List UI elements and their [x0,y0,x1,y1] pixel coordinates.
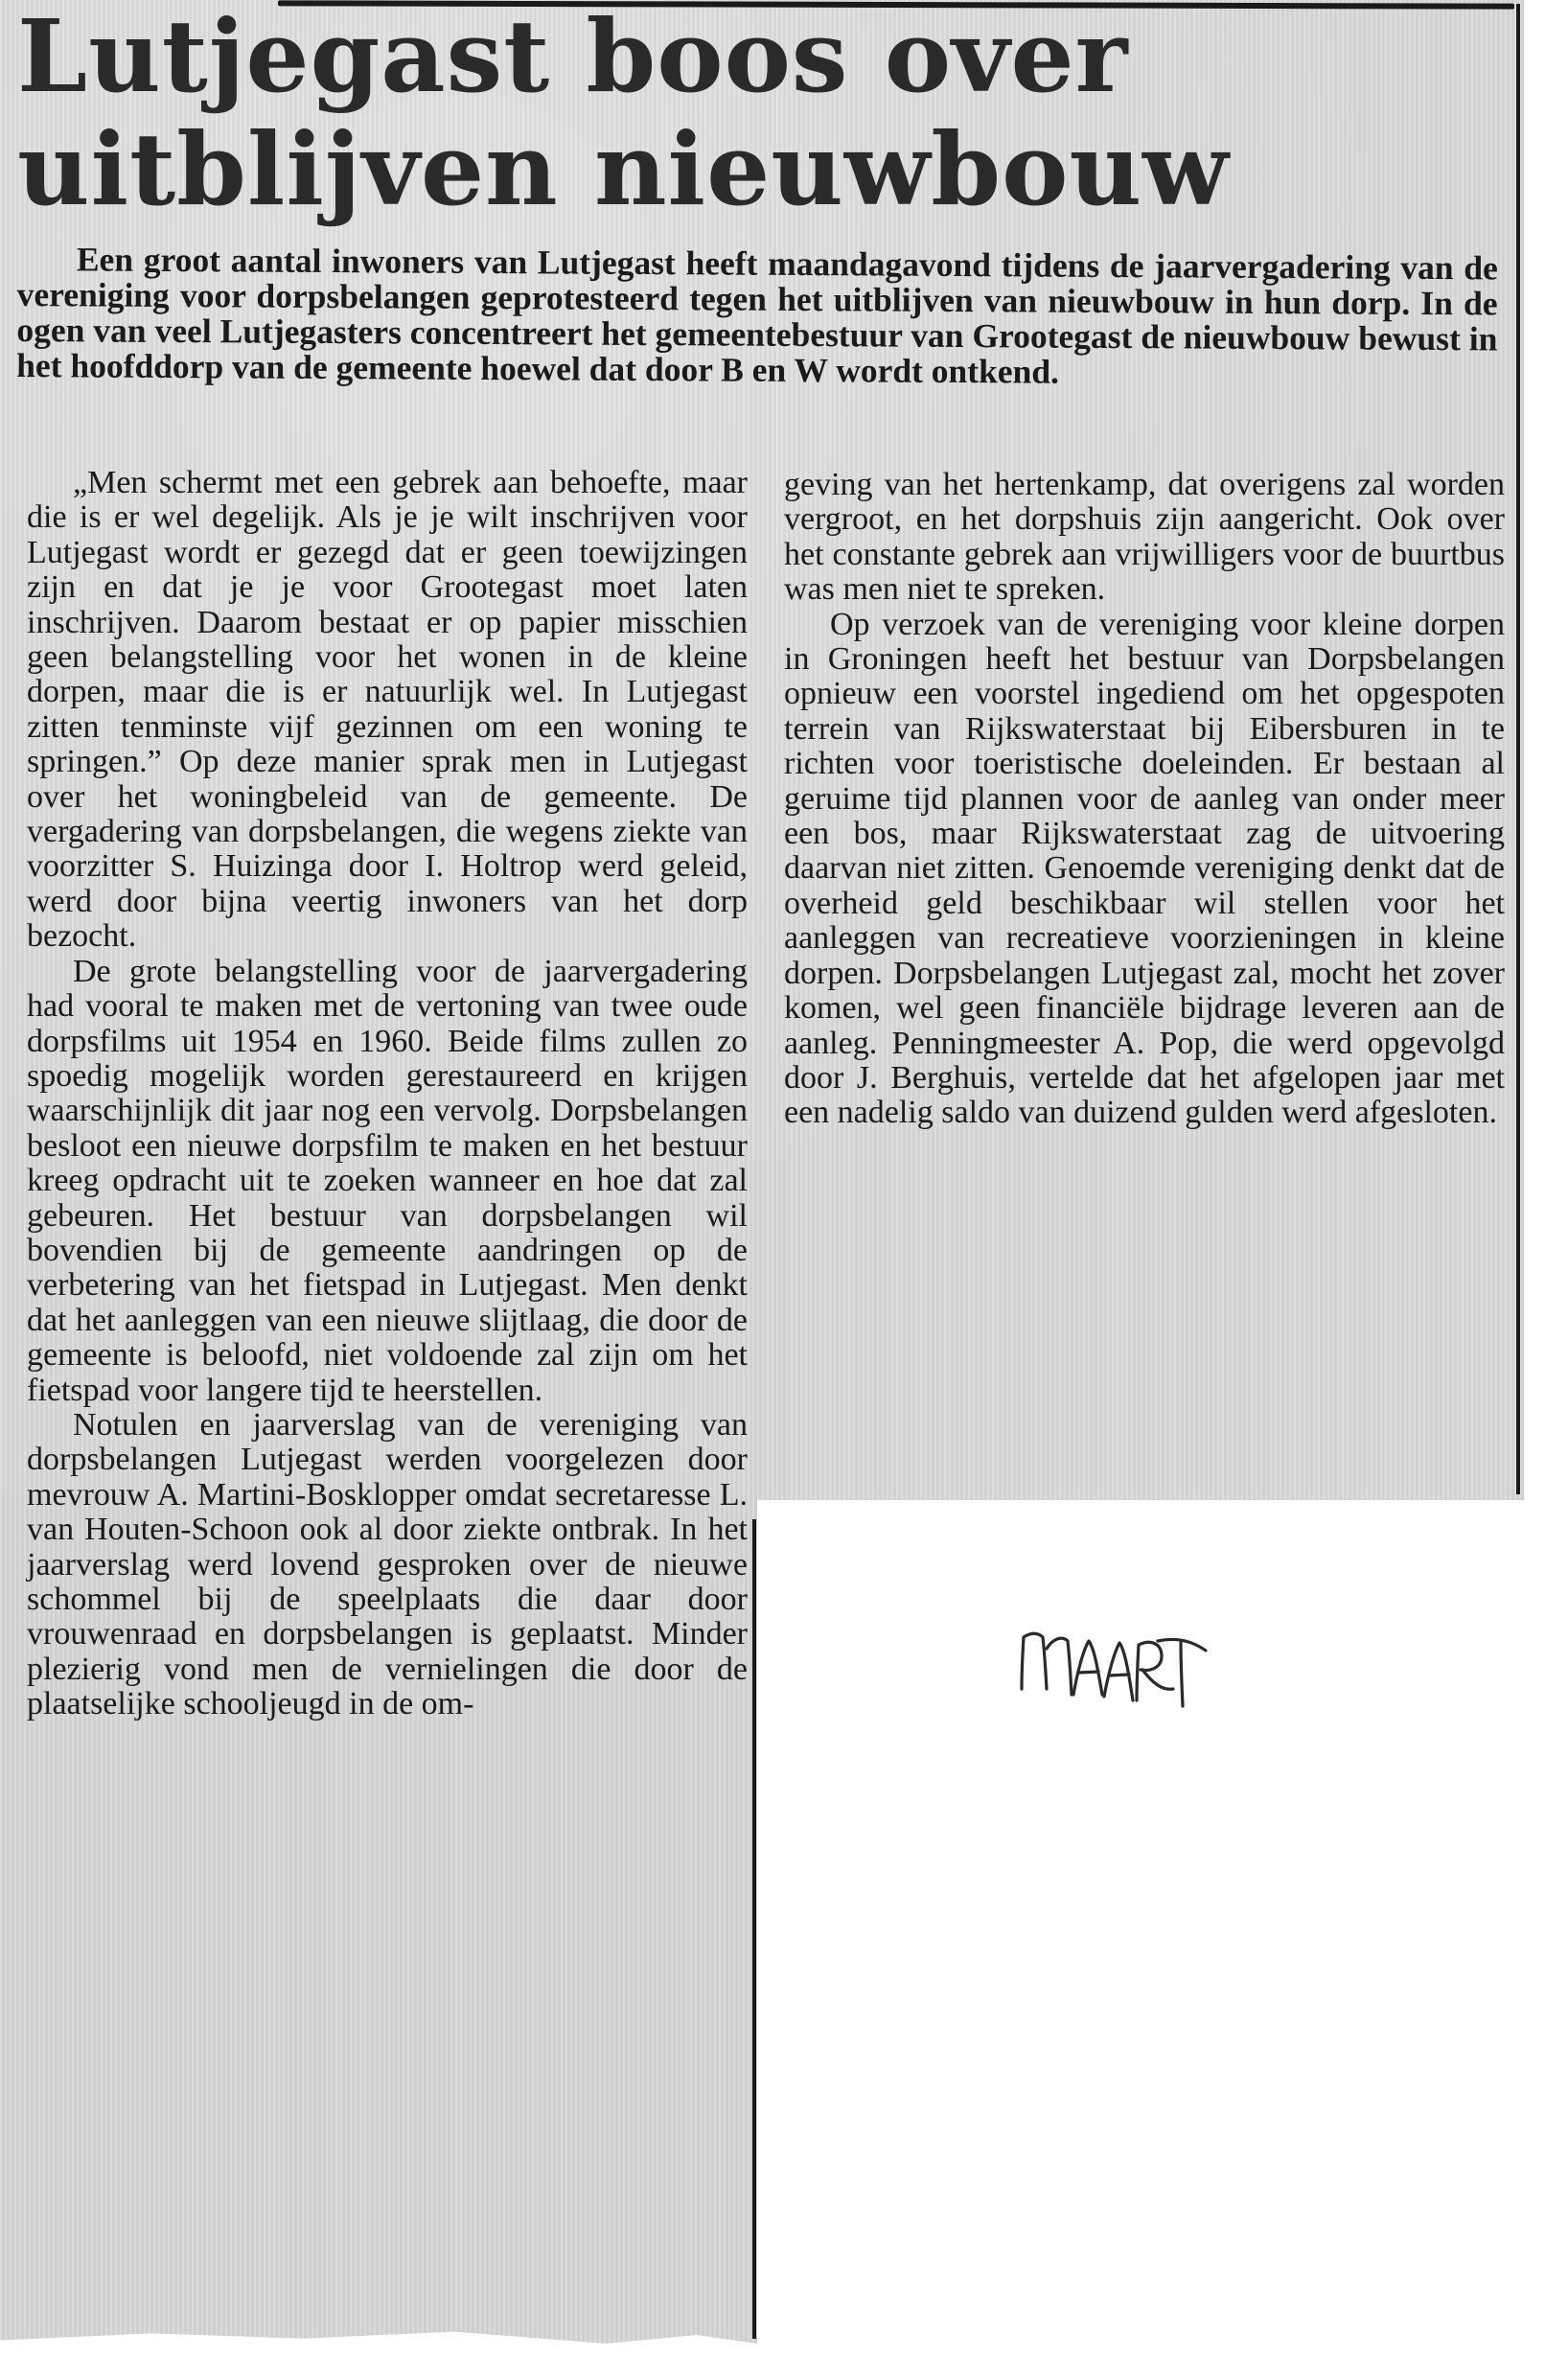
column-border-rule [752,1519,756,2339]
right-column: geving van het hertenkamp, dat overigens… [784,468,1505,1131]
headline-line-1: Lutjegast boos over [17,0,1128,115]
article-lead: Een groot aantal inwoners van Lutjegast … [16,242,1498,392]
paragraph: geving van het hertenkamp, dat overigens… [784,468,1505,608]
handwritten-maart-icon [1018,1629,1305,1725]
headline-line-2: uitblijven nieuwbouw [17,110,1230,228]
left-column: „Men schermt met een gebrek aan behoefte… [27,466,748,1722]
handwritten-annotation: MAART [1018,1629,1305,1725]
paragraph: „Men schermt met een gebrek aan behoefte… [27,466,748,955]
paragraph: Notulen en jaarverslag van de vereniging… [27,1408,748,1722]
right-border-rule [1516,4,1520,1494]
paragraph: De grote belangstelling voor de jaarverg… [27,955,748,1408]
article-headline: Lutjegast boos over uitblijven nieuwbouw [17,0,1263,226]
paragraph: Op verzoek van de vereniging voor kleine… [784,608,1505,1131]
